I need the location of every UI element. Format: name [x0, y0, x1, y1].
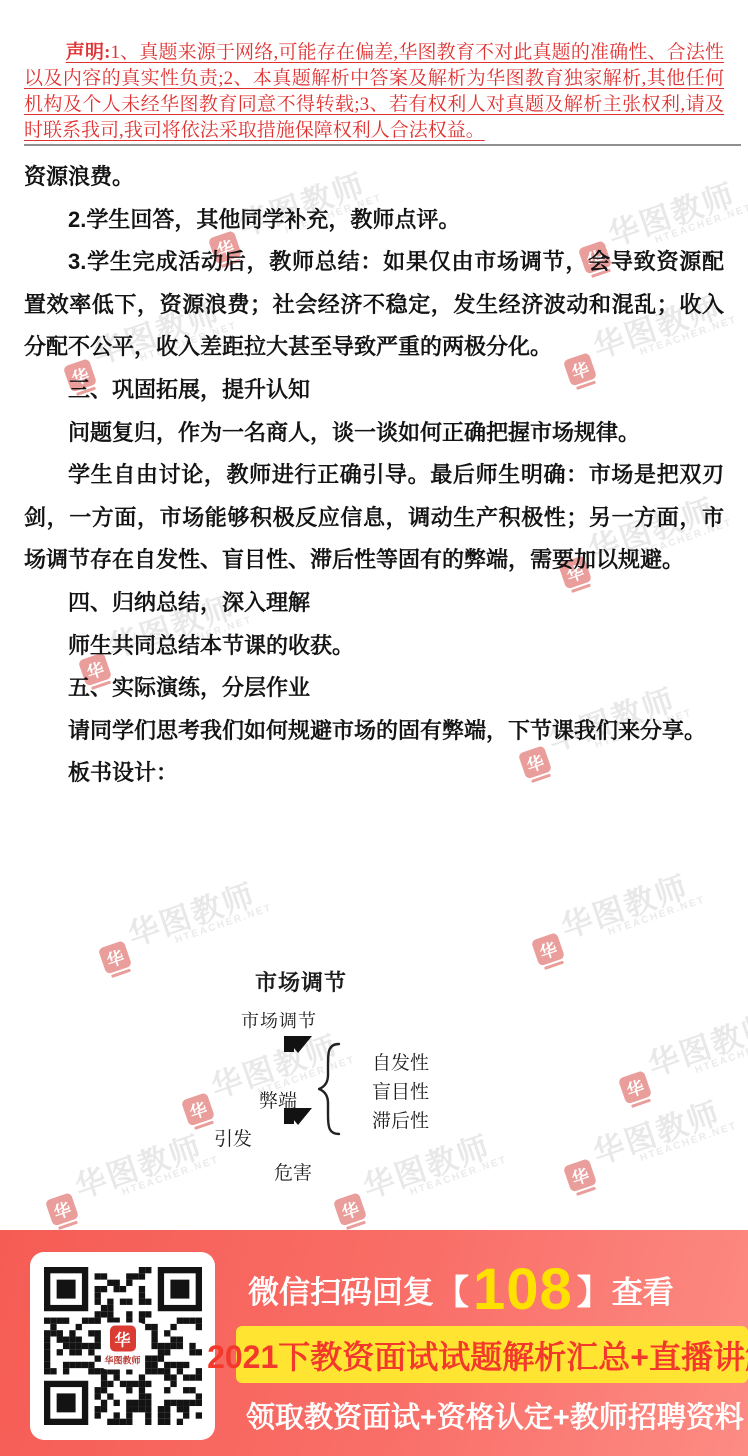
diagram-title: 市场调节 — [255, 966, 347, 997]
banner-line1-suffix: 查看 — [612, 1267, 674, 1312]
paragraph: 师生共同总结本节课的收获。 — [24, 625, 724, 668]
disclaimer: 声明:1、真题来源于网络,可能存在偏差,华图教育不对此真题的准确性、合法性以及内… — [24, 40, 724, 144]
banner-content: 微信扫码回复 【 108 】 查看 2021下教资面试试题解析汇总+直播讲解 领… — [236, 1230, 748, 1436]
paragraph: 问题复归，作为一名商人，谈一谈如何正确把握市场规律。 — [24, 412, 724, 455]
qr-center-logo: 华 华图教师 — [100, 1323, 144, 1370]
promo-banner: 华 华图教师 微信扫码回复 【 108 】 查看 2021下教资面试试题解析汇总… — [0, 1230, 748, 1456]
huatu-watermark: 华华图教师HTEACHER.NET — [526, 861, 731, 971]
diagram-branch: 自发性 — [372, 1048, 429, 1075]
section-heading: 板书设计： — [24, 752, 724, 795]
document-page: 华华图教师HTEACHER.NET华华图教师HTEACHER.NET华华图教师H… — [0, 0, 748, 1456]
reply-code: 108 — [473, 1256, 573, 1323]
banner-line1-prefix: 微信扫码回复 — [248, 1267, 434, 1312]
divider-line — [24, 144, 741, 146]
paragraph: 资源浪费。 — [24, 156, 724, 199]
section-heading: 四、归纳总结，深入理解 — [24, 582, 724, 625]
brace-icon — [318, 1042, 342, 1136]
paragraph: 2.学生回答，其他同学补充，教师点评。 — [24, 199, 724, 242]
diagram-branch: 盲目性 — [372, 1077, 429, 1104]
bracket-close: 】 — [577, 1265, 611, 1314]
diagram-branch: 滞后性 — [372, 1106, 429, 1133]
banner-line3: 领取教资面试+资格认定+教师招聘资料 — [236, 1395, 748, 1436]
banner-line1: 微信扫码回复 【 108 】 查看 — [236, 1256, 748, 1322]
diagram-node-harm: 危害 — [274, 1158, 312, 1185]
paragraph: 请同学们思考我们如何规避市场的固有弊端，下节课我们来分享。 — [24, 710, 724, 753]
section-heading: 五、实际演练，分层作业 — [24, 667, 724, 710]
diagram-node-market: 市场调节 — [241, 1007, 317, 1033]
qr-code: 华 华图教师 — [30, 1252, 215, 1440]
blackboard-diagram: 市场调节 市场调节 弊端 自发性 盲目性 滞后性 引发 危害 — [0, 960, 748, 1210]
huatu-logo-icon: 华 — [109, 1326, 135, 1352]
paragraph: 3.学生完成活动后，教师总结：如果仅由市场调节，会导致资源配置效率低下，资源浪费… — [24, 241, 724, 369]
paragraph: 学生自由讨论，教师进行正确引导。最后师生明确：市场是把双刃剑，一方面，市场能够积… — [24, 454, 724, 582]
lesson-content: 资源浪费。 2.学生回答，其他同学补充，教师点评。 3.学生完成活动后，教师总结… — [24, 156, 724, 795]
section-heading: 三、巩固拓展，提升认知 — [24, 369, 724, 412]
disclaimer-label: 声明: — [66, 42, 111, 63]
bracket-open: 【 — [435, 1265, 469, 1314]
diagram-edge-label: 引发 — [214, 1124, 252, 1151]
banner-highlight-bar: 2021下教资面试试题解析汇总+直播讲解 — [236, 1326, 748, 1383]
disclaimer-body: 1、真题来源于网络,可能存在偏差,华图教育不对此真题的准确性、合法性以及内容的真… — [24, 42, 724, 141]
qr-logo-label: 华图教师 — [104, 1354, 140, 1367]
